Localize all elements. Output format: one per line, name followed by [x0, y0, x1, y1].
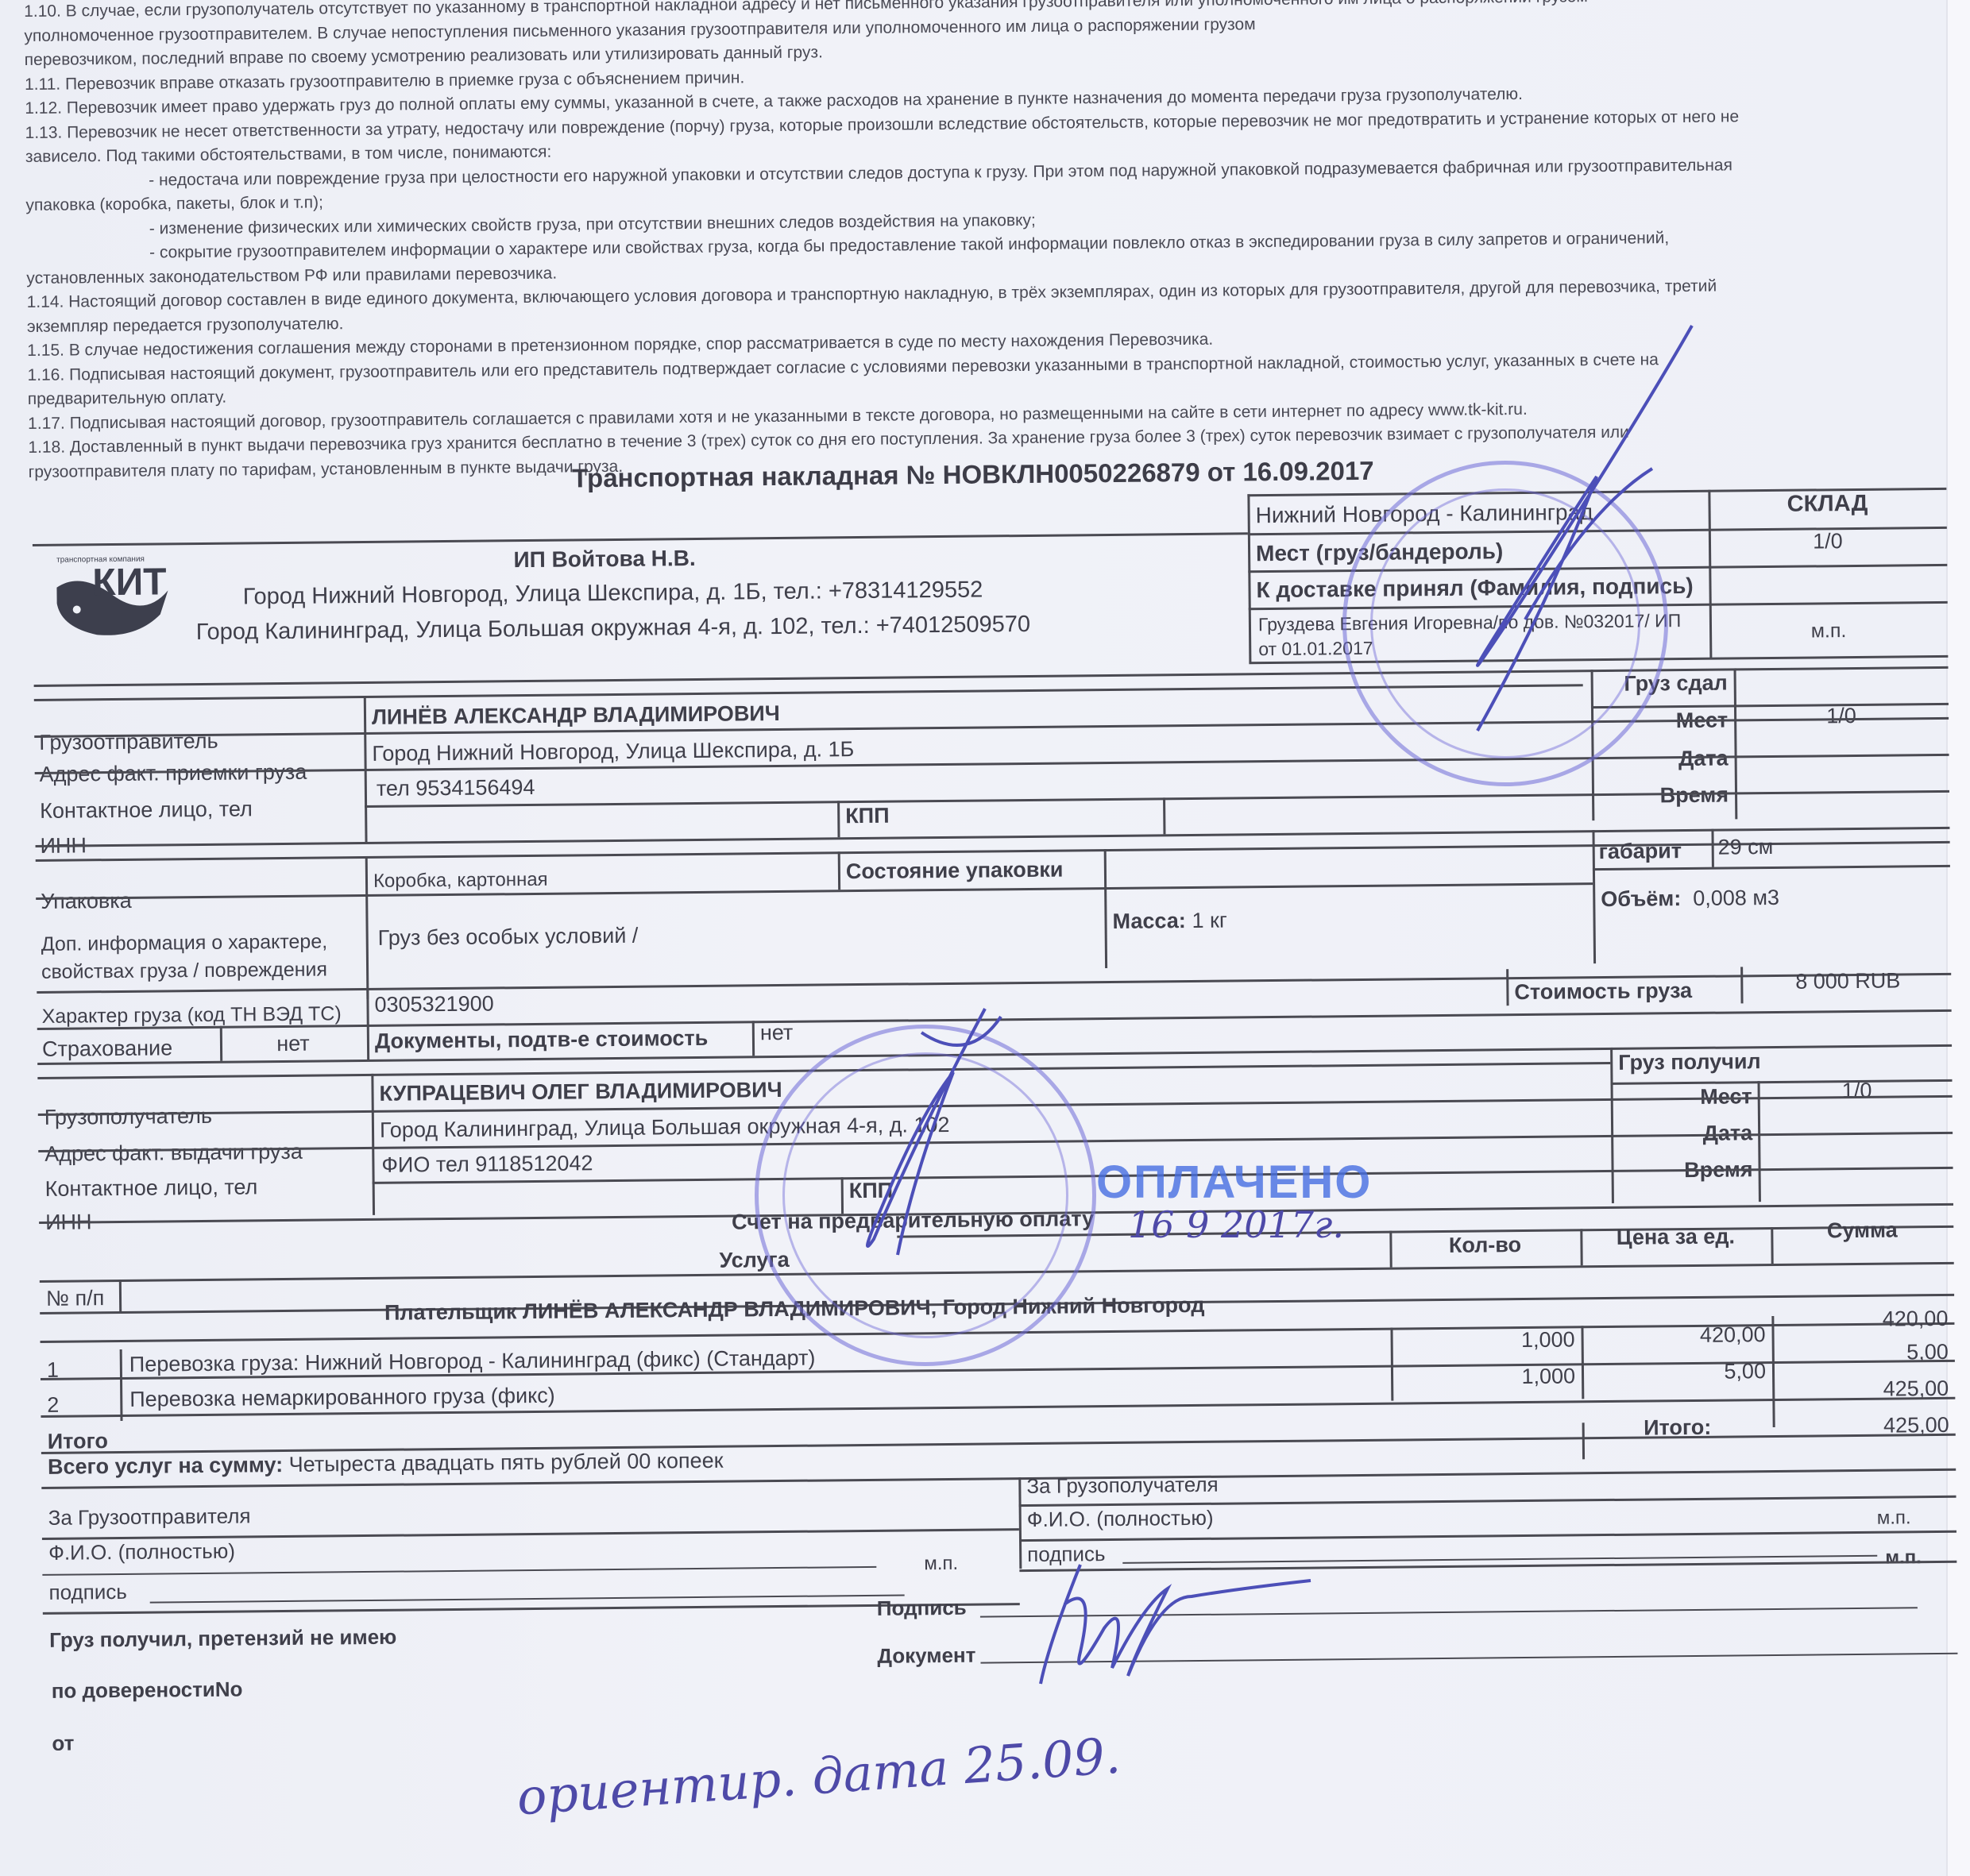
received-label: Груз получил	[1618, 1049, 1761, 1075]
row-qty: 1,000	[1391, 1364, 1575, 1390]
volume-value: 0,008 м3	[1693, 886, 1779, 911]
insurance-label: Страхование	[42, 1036, 172, 1062]
signature-top-icon	[1390, 318, 1787, 762]
whale-logo-icon: КИТ транспортная компания	[48, 546, 176, 643]
extra-info-value: Груз без особых условий /	[378, 924, 639, 951]
sender-contact-label: Контактное лицо, тел	[40, 797, 253, 824]
page-edge	[1946, 0, 1970, 1876]
signature-label: Подпись	[877, 1596, 967, 1621]
recipient-contact-value: ФИО тел 9118512042	[381, 1151, 593, 1178]
sum-words-value: Четыреста двадцать пять рублей 00 копеек	[289, 1449, 724, 1476]
sender-contact-value: тел 9534156494	[377, 775, 535, 801]
signature-middle-icon	[826, 1001, 1033, 1271]
sender-sign-label: За Грузоотправителя	[48, 1504, 251, 1530]
recipient-contact-label: Контактное лицо, тел	[45, 1175, 258, 1202]
row-num: 2	[47, 1393, 59, 1418]
received-no-claims: Груз получил, претензий не имею	[49, 1625, 396, 1653]
recipient-label: Грузополучатель	[44, 1104, 212, 1130]
total-label-left: Итого	[48, 1429, 108, 1454]
col-price: Цена за ед.	[1580, 1224, 1771, 1250]
payer-sum: 420,00	[1771, 1307, 1948, 1333]
volume-label: Объём:	[1601, 886, 1681, 912]
mass-label: Масса:	[1112, 909, 1186, 934]
dims-label: габарит	[1599, 839, 1682, 864]
col-sum: Сумма	[1771, 1218, 1953, 1244]
recipient-signature-icon	[1033, 1549, 1366, 1708]
row-qty: 1,000	[1390, 1327, 1574, 1353]
svg-text:транспортная компания: транспортная компания	[56, 555, 145, 565]
proxy-label: по довереностиNo	[52, 1677, 243, 1704]
mass-value: 1 кг	[1192, 909, 1226, 933]
delivery-address-label: Адрес факт. выдачи груза	[44, 1140, 303, 1167]
recipient-sign-label: За Грузополучателя	[1026, 1473, 1219, 1499]
recipient-seal: м.п.	[1877, 1507, 1911, 1529]
docs-label: Документы, подтв-е стоимость	[375, 1026, 709, 1054]
recipient-places-value: 1/0	[1761, 1078, 1952, 1104]
cargo-cost-value: 8 000 RUB	[1744, 968, 1951, 994]
sum-words-label: Всего услуг на сумму:	[48, 1453, 283, 1479]
company-logo: КИТ транспортная компания	[48, 546, 176, 643]
extra-info-label-2: свойствах груза / повреждения	[41, 958, 327, 983]
dims-value: 29 см	[1718, 835, 1774, 860]
from-label: от	[52, 1731, 74, 1756]
extra-info-label-1: Доп. информация о характере,	[41, 930, 328, 955]
sender-label: Грузоотправитель	[39, 729, 218, 755]
sender-kpp-label: КПП	[845, 804, 890, 829]
seal-bold: м.п.	[1885, 1546, 1922, 1569]
sender-fio-label: Ф.И.О. (полностью)	[48, 1539, 235, 1565]
pickup-address-value: Город Нижний Новгород, Улица Шекспира, д…	[372, 737, 854, 766]
paid-stamp: ОПЛАЧЕНО	[1096, 1156, 1372, 1209]
recipient-fio-label: Ф.И.О. (полностью)	[1027, 1506, 1214, 1532]
packaging-label: Упаковка	[41, 889, 132, 914]
col-num: № п/п	[46, 1286, 105, 1311]
insurance-value: нет	[222, 1031, 365, 1057]
packaging-value: Коробка, картонная	[373, 869, 548, 893]
document-label: Документ	[877, 1643, 975, 1669]
row-price: 5,00	[1582, 1359, 1766, 1385]
pack-state-label: Состояние упаковки	[846, 858, 1064, 885]
svg-text:КИТ: КИТ	[92, 561, 167, 604]
recipient-value: КУПРАЦЕВИЧ ОЛЕГ ВЛАДИМИРОВИЧ	[379, 1078, 782, 1106]
sender-value: ЛИНЁВ АЛЕКСАНДР ВЛАДИМИРОВИЧ	[372, 701, 780, 730]
cargo-cost-label: Стоимость груза	[1514, 979, 1692, 1005]
row-price: 420,00	[1581, 1322, 1765, 1349]
sender-sign-field-label: подпись	[48, 1580, 127, 1605]
cargo-code-value: 0305321900	[374, 991, 493, 1017]
col-qty: Кол-во	[1389, 1232, 1580, 1258]
row-service: Перевозка немаркированного груза (фикс)	[129, 1384, 555, 1412]
docs-value: нет	[760, 1021, 794, 1045]
sender-seal: м.п.	[924, 1553, 958, 1575]
paid-date: 16 9 2017г.	[1128, 1203, 1344, 1246]
